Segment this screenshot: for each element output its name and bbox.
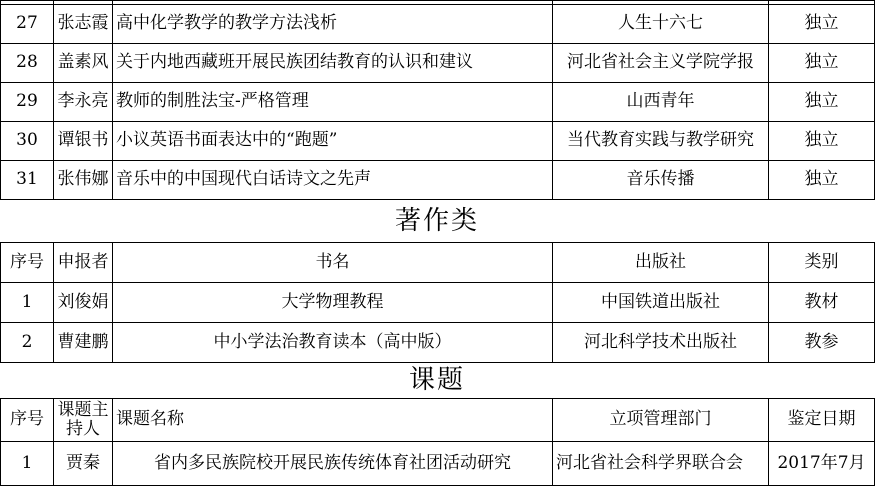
header-book-title: 书名 — [113, 243, 553, 283]
cell-seq: 1 — [1, 442, 54, 486]
table-header-row: 序号 申报者 书名 出版社 类别 — [1, 243, 875, 283]
cell-attribution: 独立 — [769, 5, 875, 44]
cell-publisher: 中国铁道出版社 — [553, 283, 769, 323]
topics-table: 序号 课题主持人 课题名称 立项管理部门 鉴定日期 1 贾秦 省内多民族院校开展… — [0, 398, 875, 486]
cell-journal: 人生十六七 — [553, 5, 769, 44]
cell-applicant: 刘俊娟 — [54, 283, 113, 323]
cell-paper-title: 小议英语书面表达中的“跑题” — [113, 122, 553, 161]
cell-seq: 1 — [1, 283, 54, 323]
cell-author: 盖素风 — [54, 44, 113, 83]
document-page: 27 张志霞 高中化学教学的教学方法浅析 人生十六七 独立 28 盖素风 关于内… — [0, 0, 875, 487]
table-row: 30 谭银书 小议英语书面表达中的“跑题” 当代教育实践与教学研究 独立 — [1, 122, 875, 161]
header-topic-name: 课题名称 — [113, 399, 553, 442]
header-dept: 立项管理部门 — [553, 399, 769, 442]
cell-applicant: 曹建鹏 — [54, 323, 113, 363]
papers-table: 27 张志霞 高中化学教学的教学方法浅析 人生十六七 独立 28 盖素风 关于内… — [0, 0, 875, 200]
cell-seq: 27 — [1, 5, 54, 44]
cell-dept: 河北省社会科学界联合会 — [553, 442, 769, 486]
table-row: 2 曹建鹏 中小学法治教育读本（高中版） 河北科学技术出版社 教参 — [1, 323, 875, 363]
cell-paper-title: 关于内地西藏班开展民族团结教育的认识和建议 — [113, 44, 553, 83]
header-category: 类别 — [769, 243, 875, 283]
cell-attribution: 独立 — [769, 122, 875, 161]
table-row: 1 贾秦 省内多民族院校开展民族传统体育社团活动研究 河北省社会科学界联合会 2… — [1, 442, 875, 486]
table-row: 1 刘俊娟 大学物理教程 中国铁道出版社 教材 — [1, 283, 875, 323]
cell-seq: 31 — [1, 161, 54, 200]
cell-journal: 当代教育实践与教学研究 — [553, 122, 769, 161]
header-applicant: 申报者 — [54, 243, 113, 283]
table-row: 28 盖素风 关于内地西藏班开展民族团结教育的认识和建议 河北省社会主义学院学报… — [1, 44, 875, 83]
cell-book-title: 大学物理教程 — [113, 283, 553, 323]
cell-author: 李永亮 — [54, 83, 113, 122]
cell-journal: 音乐传播 — [553, 161, 769, 200]
cell-category: 教材 — [769, 283, 875, 323]
cell-topic-leader: 贾秦 — [54, 442, 113, 486]
header-publisher: 出版社 — [553, 243, 769, 283]
cell-publisher: 河北科学技术出版社 — [553, 323, 769, 363]
cell-book-title: 中小学法治教育读本（高中版） — [113, 323, 553, 363]
cell-author: 张志霞 — [54, 5, 113, 44]
section-title-topics: 课题 — [0, 363, 874, 398]
header-date: 鉴定日期 — [769, 399, 875, 442]
cell-seq: 28 — [1, 44, 54, 83]
header-seq: 序号 — [1, 243, 54, 283]
cell-paper-title: 高中化学教学的教学方法浅析 — [113, 5, 553, 44]
cell-journal: 山西青年 — [553, 83, 769, 122]
cell-date: 2017年7月 — [769, 442, 875, 486]
cell-seq: 29 — [1, 83, 54, 122]
section-title-works: 著作类 — [0, 200, 874, 242]
cell-attribution: 独立 — [769, 44, 875, 83]
header-topic-leader: 课题主持人 — [54, 399, 113, 442]
cell-paper-title: 教师的制胜法宝-严格管理 — [113, 83, 553, 122]
cell-seq: 2 — [1, 323, 54, 363]
cell-paper-title: 音乐中的中国现代白话诗文之先声 — [113, 161, 553, 200]
cell-category: 教参 — [769, 323, 875, 363]
cell-author: 张伟娜 — [54, 161, 113, 200]
cell-attribution: 独立 — [769, 161, 875, 200]
cell-seq: 30 — [1, 122, 54, 161]
table-row: 29 李永亮 教师的制胜法宝-严格管理 山西青年 独立 — [1, 83, 875, 122]
table-header-row: 序号 课题主持人 课题名称 立项管理部门 鉴定日期 — [1, 399, 875, 442]
cell-journal: 河北省社会主义学院学报 — [553, 44, 769, 83]
cell-topic-name: 省内多民族院校开展民族传统体育社团活动研究 — [113, 442, 553, 486]
table-row: 31 张伟娜 音乐中的中国现代白话诗文之先声 音乐传播 独立 — [1, 161, 875, 200]
table-row: 27 张志霞 高中化学教学的教学方法浅析 人生十六七 独立 — [1, 5, 875, 44]
cell-attribution: 独立 — [769, 83, 875, 122]
cell-author: 谭银书 — [54, 122, 113, 161]
works-table: 序号 申报者 书名 出版社 类别 1 刘俊娟 大学物理教程 中国铁道出版社 教材… — [0, 242, 875, 363]
header-seq: 序号 — [1, 399, 54, 442]
